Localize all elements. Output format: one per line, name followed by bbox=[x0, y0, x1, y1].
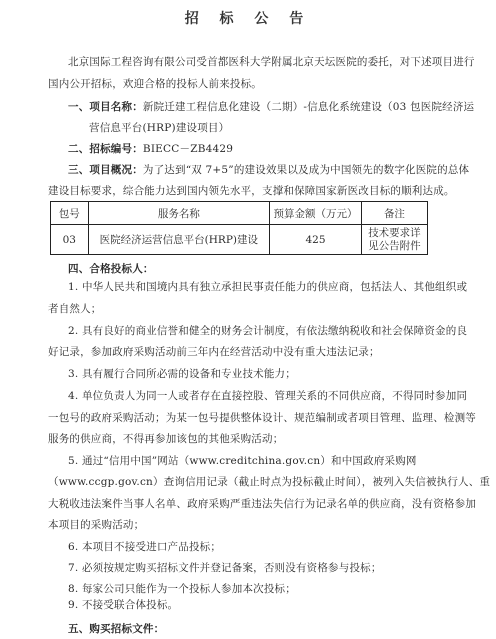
bidder-item-4: 4. 单位负责人为同一人或者存在直接控股、管理关系的不同供应商，不得同时参加同 bbox=[68, 389, 467, 403]
project-name-cont: 营信息平台(HRP)建设项目） bbox=[89, 121, 229, 135]
bidder-item-5-cont-3: 本项目的采购活动； bbox=[48, 518, 144, 532]
table-header-service: 服务名称 bbox=[88, 202, 269, 225]
bidder-item-4-cont-2: 服务的供应商，不得再参加该包的其他采购活动； bbox=[48, 432, 283, 446]
cell-package: 03 bbox=[51, 225, 89, 255]
table-header-row: 包号 服务名称 预算金额（万元） 备注 bbox=[51, 202, 428, 225]
bidder-item-5-cont-2: 大税收违法案件当事人名单、政府采购严重违法失信行为记录名单的供应商，没有资格参加 bbox=[48, 497, 476, 511]
bid-number-value: BIECC－ZB4429 bbox=[143, 143, 233, 155]
bidder-item-8: 8. 每家公司只能作为一个投标人参加本次投标； bbox=[68, 582, 296, 596]
cell-service: 医院经济运营信息平台(HRP)建设 bbox=[88, 225, 269, 255]
bidder-item-3: 3. 具有履行合同所必需的设备和专业技术能力； bbox=[68, 367, 296, 381]
bid-number-label: 二、招标编号： bbox=[68, 143, 143, 155]
cell-budget: 425 bbox=[270, 225, 362, 255]
bidder-item-4-cont-1: 一包号的政府采购活动；为某一包号提供整体设计、规范编制或者项目管理、监理、检测等 bbox=[48, 411, 476, 425]
page-title: 招 标 公 告 bbox=[0, 8, 496, 28]
bidder-item-9: 9. 不接受联合体投标。 bbox=[68, 598, 178, 612]
bid-table: 包号 服务名称 预算金额（万元） 备注 03 医院经济运营信息平台(HRP)建设… bbox=[50, 201, 428, 255]
table-header-remark: 备注 bbox=[361, 202, 427, 225]
bidder-item-2: 2. 具有良好的商业信誉和健全的财务会计制度，有依法缴纳税收和社会保障资金的良 bbox=[68, 324, 467, 338]
bidder-item-5-cont-1: （www.ccgp.gov.cn）查询信用记录（截止时点为投标截止时间），被列入… bbox=[48, 475, 490, 489]
bidder-item-5: 5. 通过“信用中国”网站（www.creditchina.gov.cn）和中国… bbox=[68, 454, 417, 468]
purchase-heading: 五、购买招标文件： bbox=[68, 622, 164, 636]
bidder-item-7: 7. 必须按规定购买招标文件并登记备案，否则没有资格参与投标； bbox=[68, 561, 382, 575]
bid-number: 二、招标编号：BIECC－ZB4429 bbox=[68, 142, 233, 156]
table-header-budget: 预算金额（万元） bbox=[270, 202, 362, 225]
overview-cont: 建设目标要求，综合能力达到国内领先水平，支撑和保障国家新医改目标的顺利达成。 bbox=[48, 184, 455, 198]
remark-line-2: 见公告附件 bbox=[368, 240, 421, 253]
bidder-item-1: 1. 中华人民共和国境内具有独立承担民事责任能力的供应商，包括法人、其他组织或 bbox=[68, 280, 467, 294]
table-header-package: 包号 bbox=[51, 202, 89, 225]
intro-line-2: 国内公开招标，欢迎合格的投标人前来投标。 bbox=[48, 77, 262, 91]
bidder-item-6: 6. 本项目不接受进口产品投标； bbox=[68, 540, 221, 554]
project-name: 一、项目名称：新院迁建工程信息化建设（二期）-信息化系统建设（03 包医院经济运 bbox=[68, 100, 474, 114]
overview-label: 三、项目概况： bbox=[68, 164, 143, 176]
remark-line-1: 技术要求详 bbox=[368, 227, 421, 240]
qualified-bidders-heading: 四、合格投标人： bbox=[68, 262, 154, 276]
cell-remark: 技术要求详 见公告附件 bbox=[361, 225, 427, 255]
overview: 三、项目概况：为了达到“双 7+5”的建设效果以及成为中国领先的数字化医院的总体 bbox=[68, 163, 469, 177]
table-row: 03 医院经济运营信息平台(HRP)建设 425 技术要求详 见公告附件 bbox=[51, 225, 428, 255]
bidder-item-2-cont: 好记录，参加政府采购活动前三年内在经营活动中没有重大违法记录； bbox=[48, 345, 380, 359]
bidder-item-1-cont: 者自然人； bbox=[48, 302, 102, 316]
overview-value: 为了达到“双 7+5”的建设效果以及成为中国领先的数字化医院的总体 bbox=[143, 164, 469, 176]
project-name-label: 一、项目名称： bbox=[68, 101, 143, 113]
project-name-value: 新院迁建工程信息化建设（二期）-信息化系统建设（03 包医院经济运 bbox=[143, 101, 474, 113]
intro-line-1: 北京国际工程咨询有限公司受首都医科大学附属北京天坛医院的委托，对下述项目进行 bbox=[68, 55, 475, 69]
